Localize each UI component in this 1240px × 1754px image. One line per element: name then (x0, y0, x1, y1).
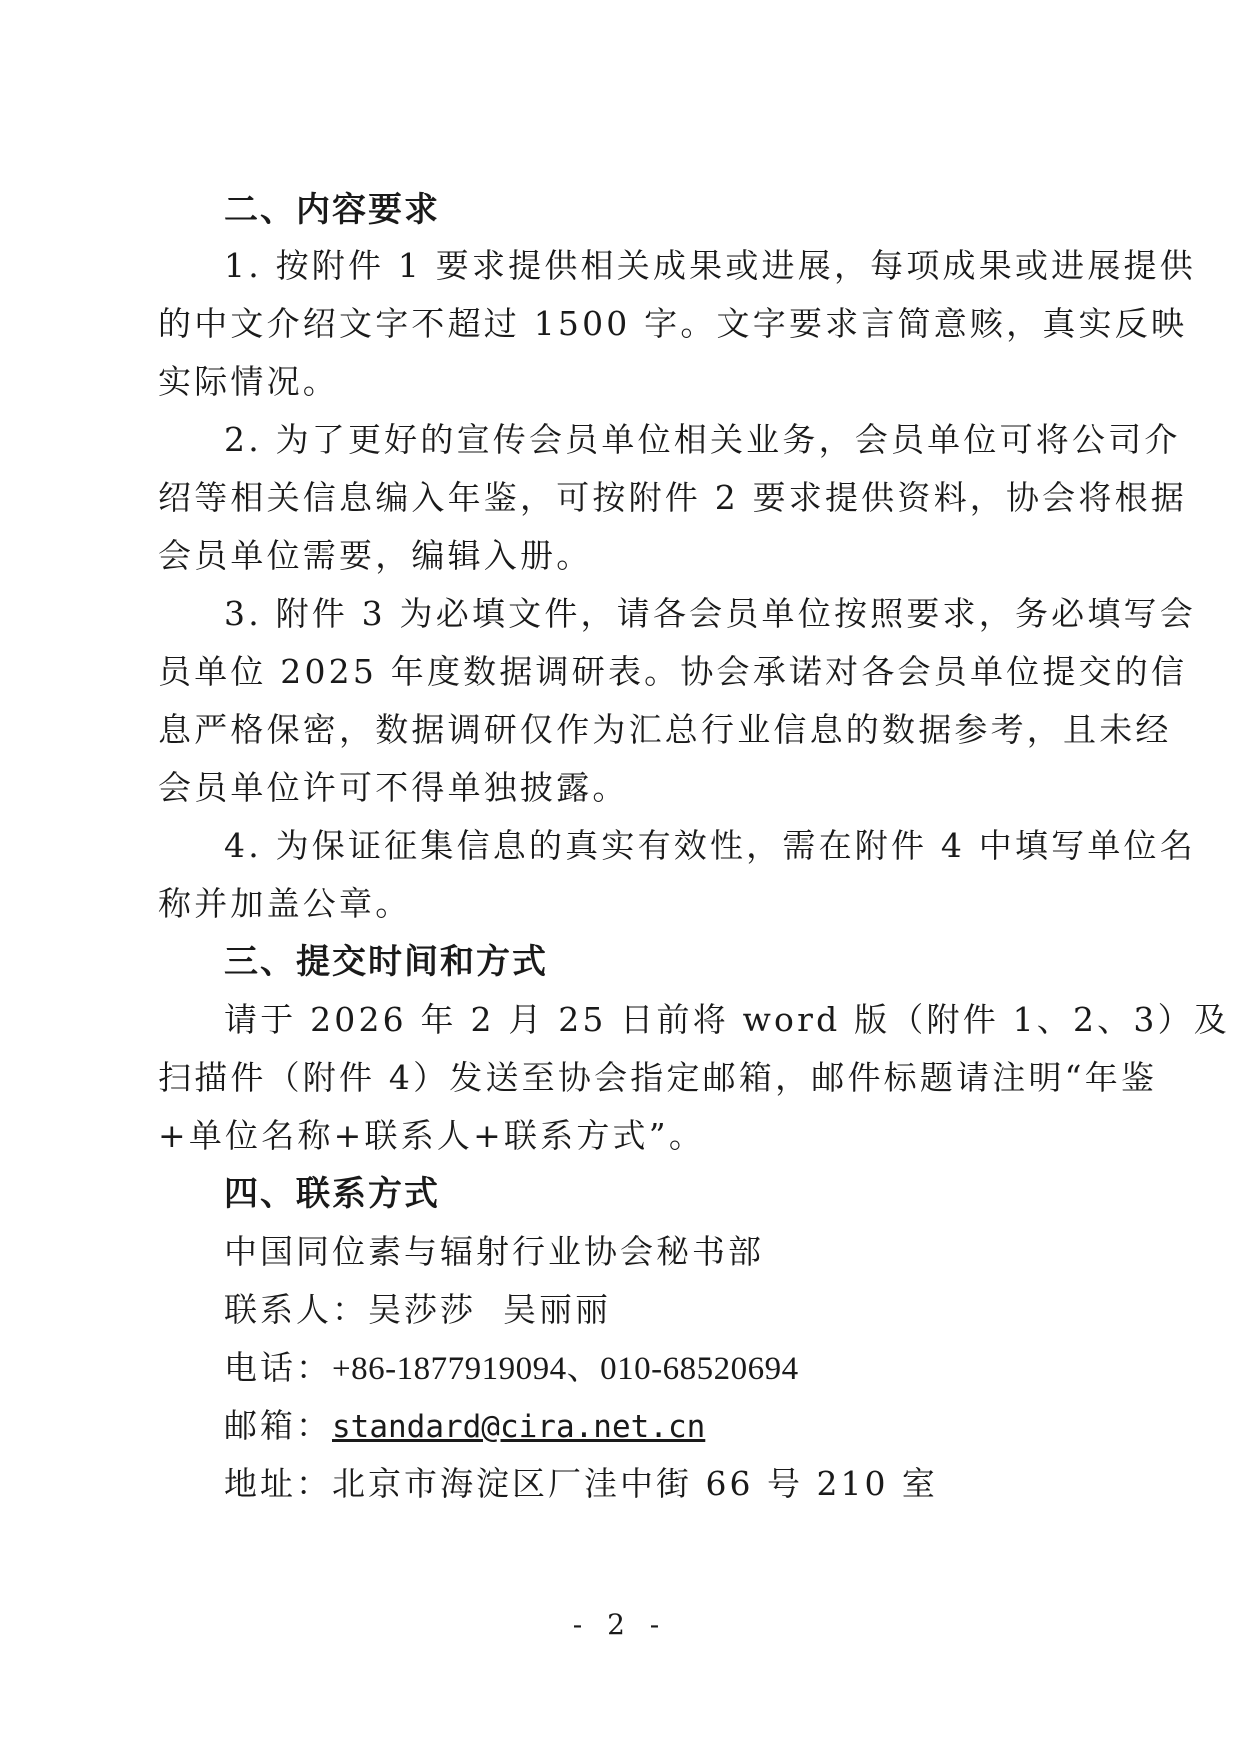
address-label: 地址： (224, 1464, 332, 1503)
submission-line2: 扫描件（附件 4）发送至协会指定邮箱，邮件标题请注明“年鉴 (158, 1058, 1088, 1098)
item2-line3: 会员单位需要，编辑入册。 (158, 536, 1088, 576)
email-label: 邮箱： (224, 1406, 332, 1445)
contact-person-label: 联系人： (224, 1290, 368, 1329)
phone-label: 电话： (224, 1348, 332, 1387)
item1-line1: 1. 按附件 1 要求提供相关成果或进展，每项成果或进展提供 (224, 246, 1088, 286)
page-number: - 2 - (0, 1608, 1240, 1641)
section-heading-content-requirements: 二、内容要求 (224, 190, 440, 230)
contact-phone: 电话：+86-1877919094、010-68520694 (224, 1348, 799, 1389)
phone-value: +86-1877919094、010-68520694 (332, 1351, 799, 1387)
item3-line4: 会员单位许可不得单独披露。 (158, 768, 1088, 808)
item3-line1: 3. 附件 3 为必填文件，请各会员单位按照要求，务必填写会 (224, 594, 1088, 634)
item2-line2: 绍等相关信息编入年鉴，可按附件 2 要求提供资料，协会将根据 (158, 478, 1088, 518)
item4-line1: 4. 为保证征集信息的真实有效性，需在附件 4 中填写单位名 (224, 826, 1088, 866)
item1-line3: 实际情况。 (158, 362, 1088, 402)
item1-line2: 的中文介绍文字不超过 1500 字。文字要求言简意赅，真实反映 (158, 304, 1088, 344)
contact-person-value: 吴莎莎 吴丽丽 (368, 1290, 611, 1329)
item2-line1: 2. 为了更好的宣传会员单位相关业务，会员单位可将公司介 (224, 420, 1088, 460)
contact-email: 邮箱：standard@cira.net.cn (224, 1406, 705, 1447)
email-link[interactable]: standard@cira.net.cn (332, 1409, 705, 1445)
section-heading-contact: 四、联系方式 (224, 1174, 440, 1214)
submission-line3: +单位名称+联系人+联系方式”。 (158, 1116, 1088, 1156)
contact-address: 地址：北京市海淀区厂洼中街 66 号 210 室 (224, 1464, 938, 1504)
item3-line2: 员单位 2025 年度数据调研表。协会承诺对各会员单位提交的信 (158, 652, 1088, 692)
item3-line3: 息严格保密，数据调研仅作为汇总行业信息的数据参考，且未经 (158, 710, 1088, 750)
contact-person: 联系人：吴莎莎 吴丽丽 (224, 1290, 611, 1330)
item4-line2: 称并加盖公章。 (158, 884, 1088, 924)
section-heading-submission: 三、提交时间和方式 (224, 942, 548, 982)
address-value: 北京市海淀区厂洼中街 66 号 210 室 (332, 1464, 938, 1503)
submission-line1: 请于 2026 年 2 月 25 日前将 word 版（附件 1、2、3）及 p… (224, 1000, 1088, 1040)
contact-organization: 中国同位素与辐射行业协会秘书部 (224, 1232, 764, 1272)
